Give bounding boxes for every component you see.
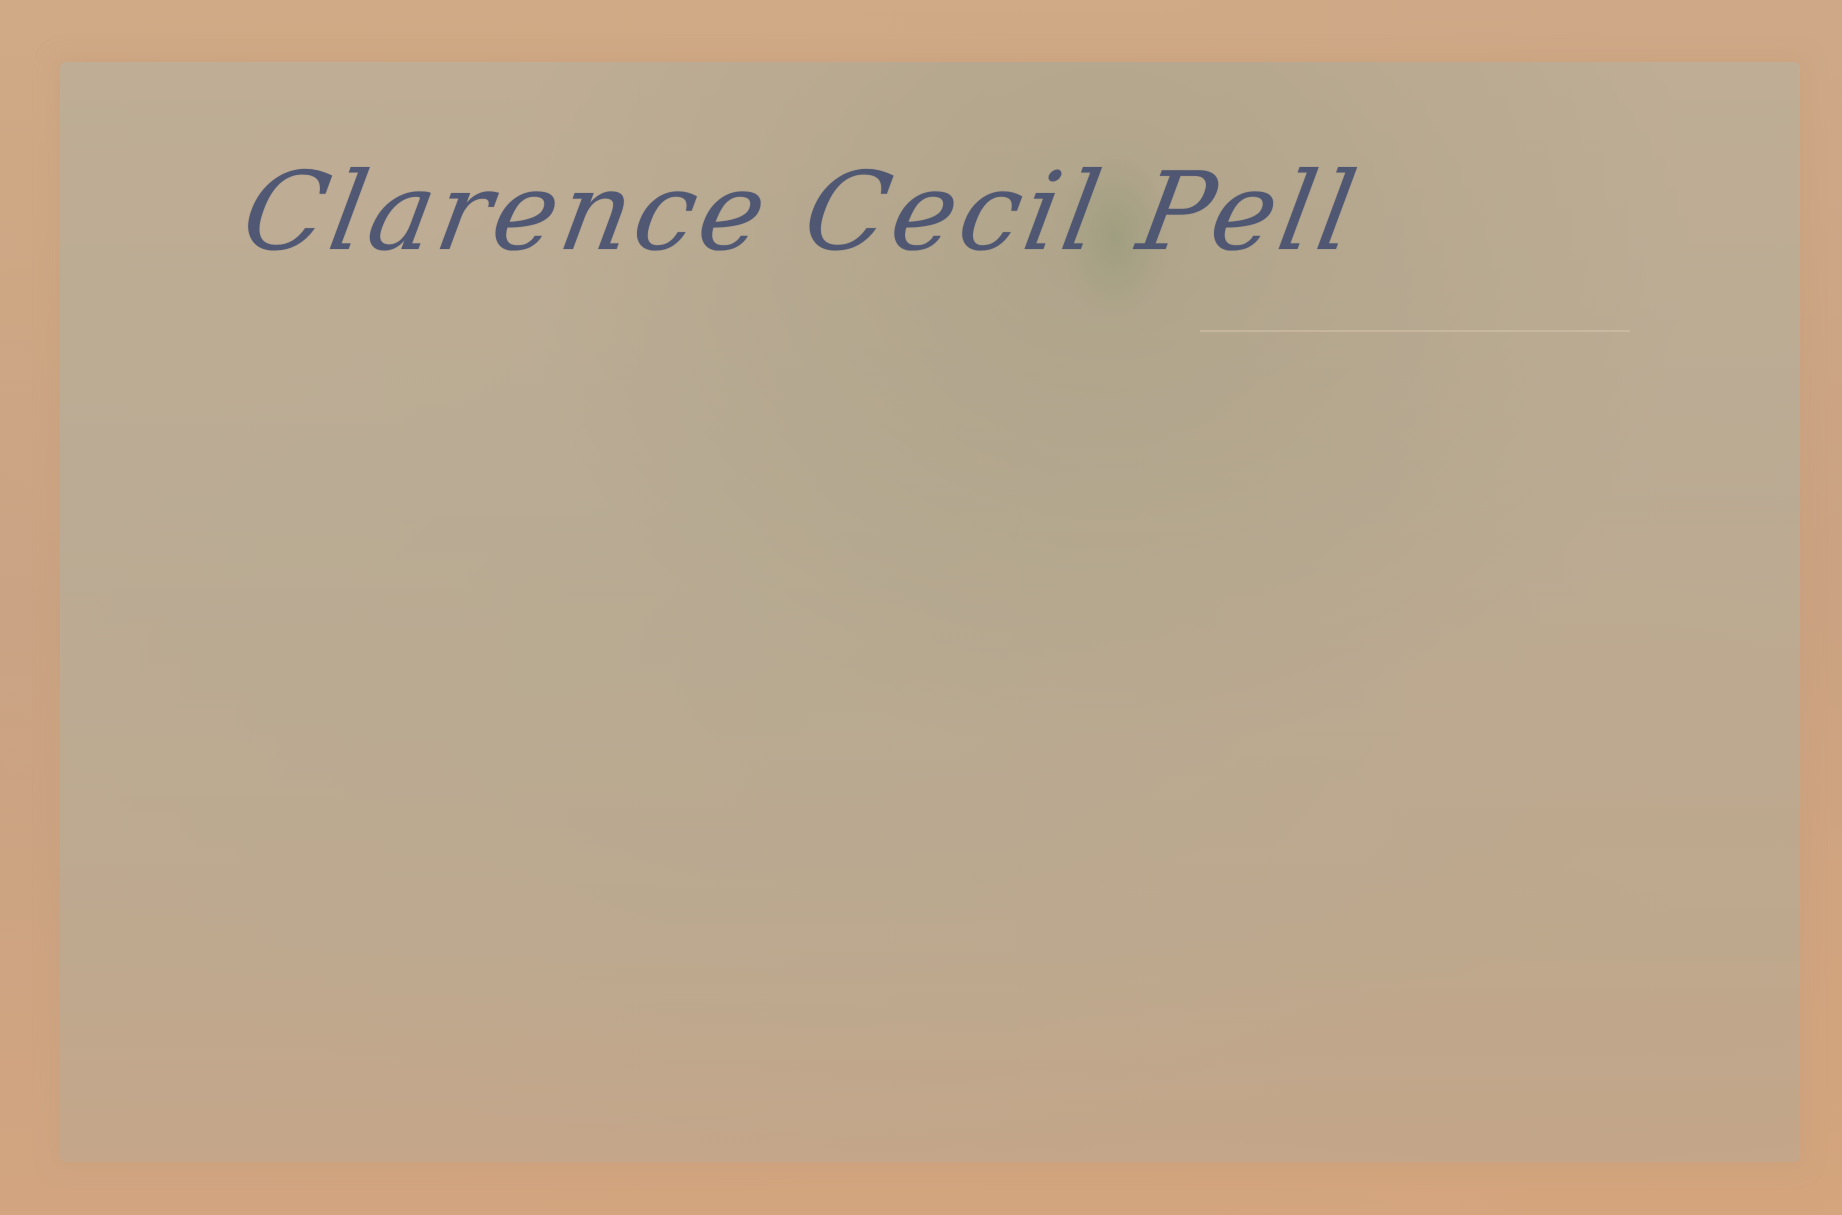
paper-crease <box>1200 330 1630 332</box>
paper-card: Clarence Cecil Pell <box>0 0 1842 1215</box>
handwritten-name: Clarence Cecil Pell <box>234 150 1369 275</box>
